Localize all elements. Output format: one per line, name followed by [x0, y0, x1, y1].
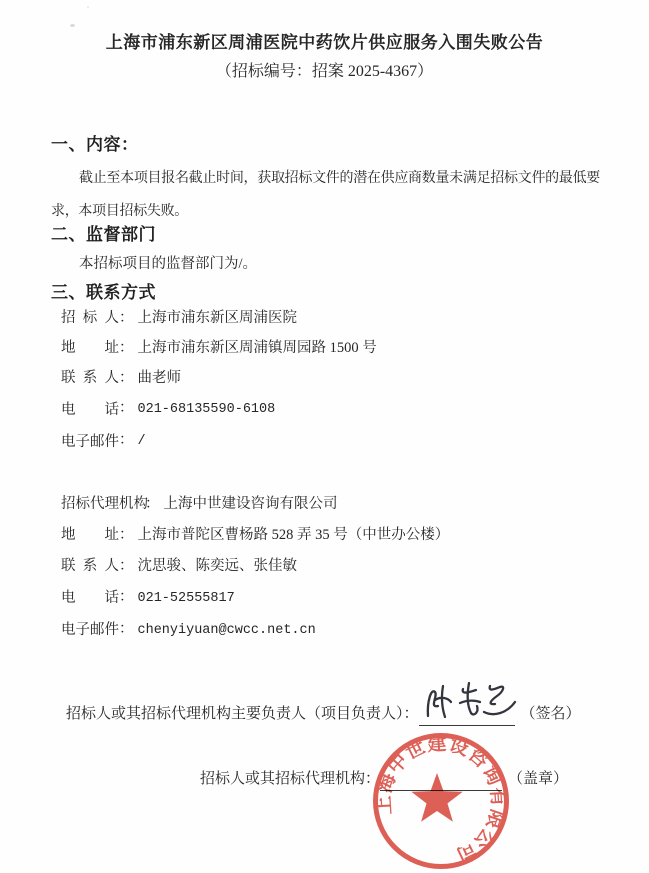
row-value: / — [138, 434, 146, 449]
row-label: 联系人 — [61, 363, 119, 393]
row-colon: ： — [119, 558, 134, 574]
row-label: 地址 — [61, 520, 119, 551]
seal-underline — [380, 770, 502, 791]
section-heading-content: 一、内容： — [51, 134, 139, 156]
agency-row: 招标代理机构：上海中世建设咨询有限公司 — [61, 489, 449, 520]
row-colon: ： — [119, 589, 134, 605]
agency-row: 电子邮件：chenyiyuan@cwcc.net.cn — [61, 614, 449, 646]
row-colon: ： — [119, 400, 134, 416]
row-label: 地址 — [61, 333, 119, 363]
section-content-body: 截止至本项目报名截止时间，获取招标文件的潜在供应商数量未满足招标文件的最低要求，… — [51, 162, 600, 228]
page-title: 上海市浦东新区周浦医院中药饮片供应服务入围失败公告 — [0, 30, 649, 56]
scan-artifact — [70, 24, 75, 27]
row-colon: ： — [119, 621, 134, 637]
row-value: 上海市浦东新区周浦镇周园路 1500 号 — [138, 340, 377, 356]
row-value: 021-52555817 — [138, 591, 235, 606]
tenderer-row: 招标人：上海市浦东新区周浦医院 — [61, 303, 377, 333]
seal-line: 招标人或其招标代理机构：（盖章） — [200, 767, 568, 791]
row-value: 上海中世建设咨询有限公司 — [164, 496, 338, 512]
agency-row: 地址：上海市普陀区曹杨路 528 弄 35 号（中世办公楼） — [61, 520, 449, 551]
row-value: 沈思骏、陈奕远、张佳敏 — [138, 558, 298, 574]
stamp-ring — [376, 736, 507, 867]
signature-underline — [419, 705, 515, 726]
tenderer-row: 电子邮件：/ — [61, 425, 377, 457]
row-value: 曲老师 — [138, 370, 182, 386]
row-colon: ： — [145, 496, 160, 512]
seal-suffix: （盖章） — [508, 771, 568, 787]
row-colon: ： — [119, 310, 134, 326]
agency-contact-block: 招标代理机构：上海中世建设咨询有限公司 地址：上海市普陀区曹杨路 528 弄 3… — [61, 489, 449, 646]
row-label: 电话 — [61, 395, 119, 425]
signature-line-label: 招标人或其招标代理机构主要负责人（项目负责人）： — [66, 706, 419, 722]
row-value: chenyiyuan@cwcc.net.cn — [138, 623, 316, 638]
row-label: 电话 — [61, 583, 119, 614]
row-value: 上海市普陀区曹杨路 528 弄 35 号（中世办公楼） — [138, 527, 450, 543]
section-supervision-body: 本招标项目的监督部门为/。 — [79, 248, 599, 281]
tenderer-row: 电话：021-68135590-6108 — [61, 393, 377, 425]
document-page: 上海市浦东新区周浦医院中药饮片供应服务入围失败公告 （招标编号：招案 2025-… — [0, 0, 649, 873]
tenderer-row: 联系人：曲老师 — [61, 363, 377, 393]
signature-suffix: （签名） — [521, 706, 581, 722]
row-label: 招标人 — [61, 303, 119, 333]
tender-number: （招标编号：招案 2025-4367） — [0, 60, 649, 84]
company-seal-stamp: 上海中世建设咨询有限公司 — [366, 726, 516, 873]
row-value: 上海市浦东新区周浦医院 — [138, 310, 298, 326]
row-label: 招标代理机构 — [61, 489, 145, 520]
row-colon: ： — [119, 340, 134, 356]
tenderer-contact-block: 招标人：上海市浦东新区周浦医院 地址：上海市浦东新区周浦镇周园路 1500 号 … — [61, 303, 377, 457]
stamp-company-name: 上海中世建设咨询有限公司 — [371, 732, 510, 867]
row-label: 联系人 — [61, 551, 119, 582]
section-heading-supervision: 二、监督部门 — [51, 224, 156, 246]
row-value: 021-68135590-6108 — [138, 402, 276, 417]
row-colon: ： — [119, 432, 134, 448]
agency-row: 电话：021-52555817 — [61, 582, 449, 614]
svg-text:上海中世建设咨询有限公司: 上海中世建设咨询有限公司 — [371, 732, 510, 867]
row-label: 电子邮件 — [61, 427, 119, 457]
tenderer-row: 地址：上海市浦东新区周浦镇周园路 1500 号 — [61, 333, 377, 363]
row-colon: ： — [119, 527, 134, 543]
scan-artifact — [87, 6, 89, 8]
row-colon: ： — [119, 370, 134, 386]
agency-row: 联系人：沈思骏、陈奕远、张佳敏 — [61, 551, 449, 582]
row-label: 电子邮件 — [61, 615, 119, 646]
seal-line-label: 招标人或其招标代理机构： — [200, 771, 380, 787]
signature-line: 招标人或其招标代理机构主要负责人（项目负责人）：（签名） — [66, 702, 581, 726]
section-heading-contact: 三、联系方式 — [51, 282, 156, 304]
